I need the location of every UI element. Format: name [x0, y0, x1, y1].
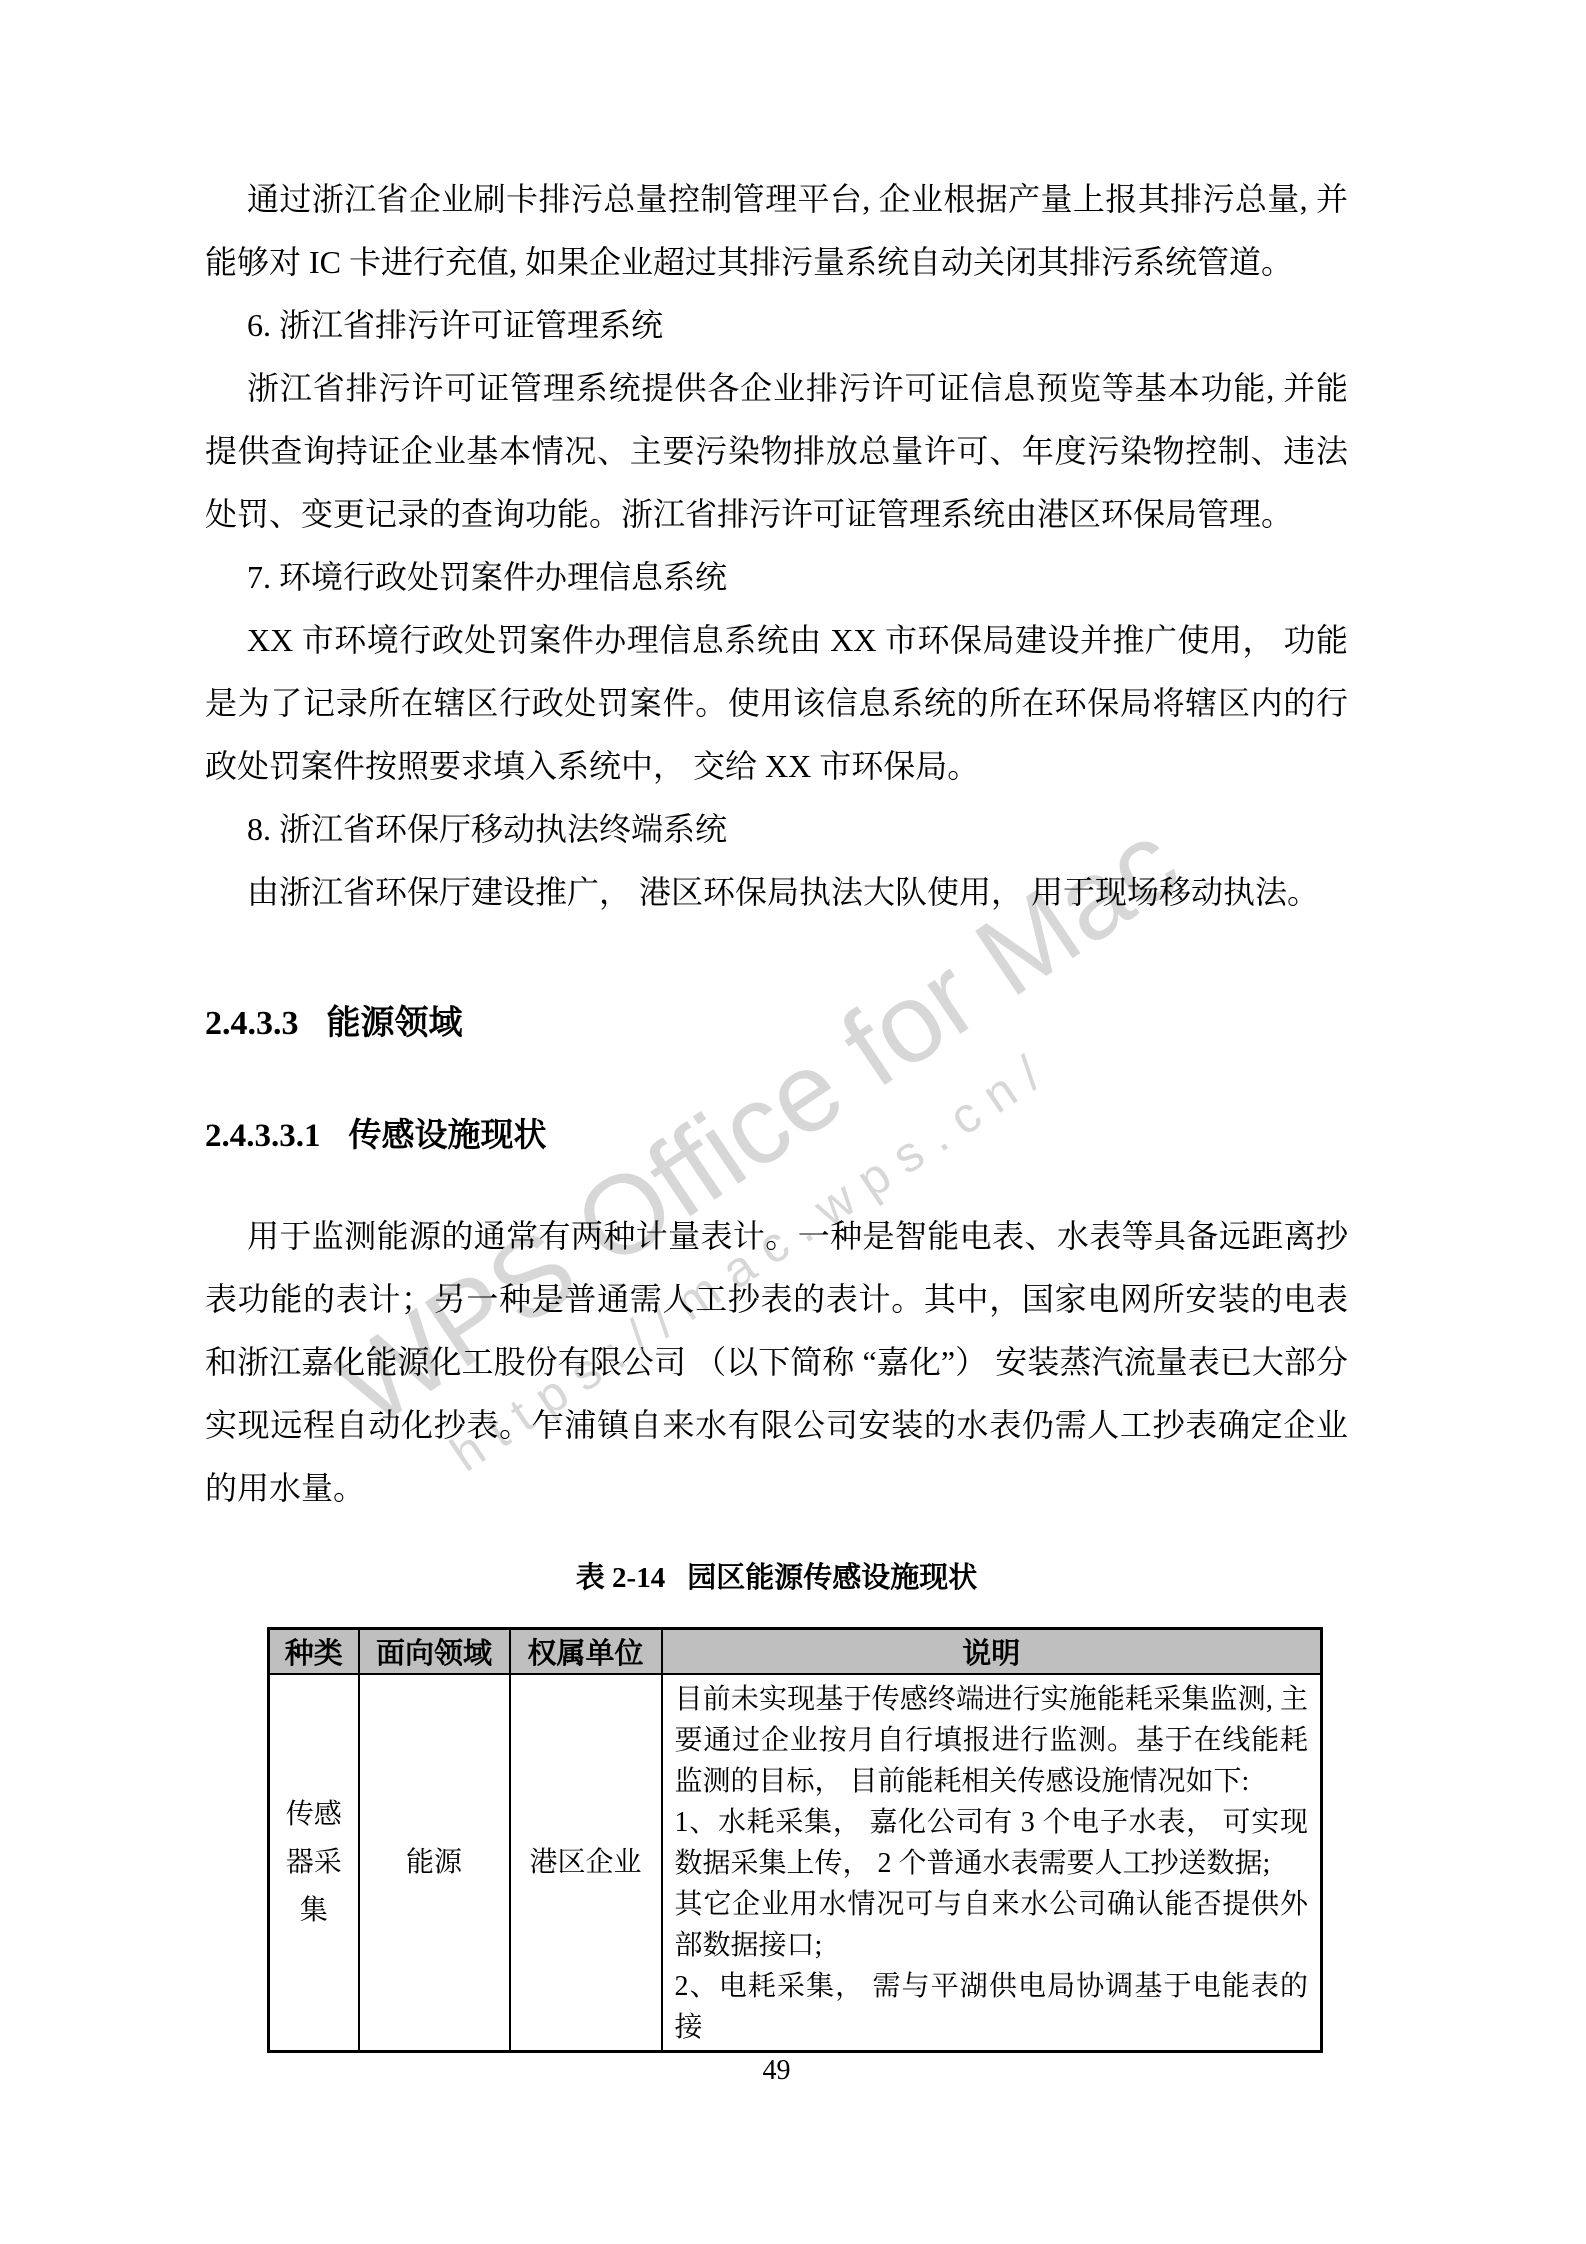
col-header-domain: 面向领域 [359, 1629, 510, 1675]
subheading-title: 传感设施现状 [349, 1118, 547, 1154]
list-item-8: 8. 浙江省环保厅移动执法终端系统 [205, 798, 1348, 861]
page-number: 49 [205, 2055, 1348, 2087]
cell-description: 目前未实现基于传感终端进行实施能耗采集监测, 主要通过企业按月自行填报进行监测。… [662, 1674, 1322, 2052]
energy-sensor-table: 种类 面向领域 权属单位 说明 传感器采集 能源 港区企业 目前未实现基于传感终… [267, 1627, 1323, 2053]
heading-number: 2.4.3.3 [205, 1005, 299, 1042]
heading-title: 能源领域 [327, 1005, 463, 1042]
col-header-type: 种类 [269, 1629, 359, 1675]
table-caption-title: 园区能源传感设施现状 [687, 1562, 977, 1594]
table-caption-number: 表 2-14 [576, 1562, 665, 1594]
table-header-row: 种类 面向领域 权属单位 说明 [269, 1629, 1322, 1675]
paragraph-energy-meters: 用于监测能源的通常有两种计量表计。一种是智能电表、水表等具备远距离抄表功能的表计… [205, 1205, 1348, 1520]
paragraph-permit-system: 浙江省排污许可证管理系统提供各企业排污许可证信息预览等基本功能, 并能提供查询持… [205, 357, 1348, 546]
cell-category: 传感器采集 [269, 1674, 359, 2052]
cell-domain: 能源 [359, 1674, 510, 2052]
paragraph-penalty-system: XX 市环境行政处罚案件办理信息系统由 XX 市环保局建设并推广使用， 功能是为… [205, 609, 1348, 798]
col-header-owner: 权属单位 [510, 1629, 662, 1675]
col-header-description: 说明 [662, 1629, 1322, 1675]
heading-sensor-status: 2.4.3.3.1传感设施现状 [205, 1111, 1348, 1161]
cell-owner: 港区企业 [510, 1674, 662, 2052]
paragraph-mobile-enforcement: 由浙江省环保厅建设推广， 港区环保局执法大队使用， 用于现场移动执法。 [205, 861, 1348, 924]
document-page: WPS Office for Mac https://mac.wps.cn/ 通… [0, 0, 1586, 2244]
paragraph-sewage-card-platform: 通过浙江省企业刷卡排污总量控制管理平台, 企业根据产量上报其排污总量, 并能够对… [205, 168, 1348, 294]
table-caption: 表 2-14园区能源传感设施现状 [205, 1556, 1348, 1600]
list-item-6: 6. 浙江省排污许可证管理系统 [205, 294, 1348, 357]
subheading-number: 2.4.3.3.1 [205, 1118, 321, 1154]
table-row: 传感器采集 能源 港区企业 目前未实现基于传感终端进行实施能耗采集监测, 主要通… [269, 1674, 1322, 2052]
list-item-7: 7. 环境行政处罚案件办理信息系统 [205, 546, 1348, 609]
page-content: 通过浙江省企业刷卡排污总量控制管理平台, 企业根据产量上报其排污总量, 并能够对… [205, 168, 1348, 2053]
heading-energy-domain: 2.4.3.3能源领域 [205, 999, 1348, 1049]
